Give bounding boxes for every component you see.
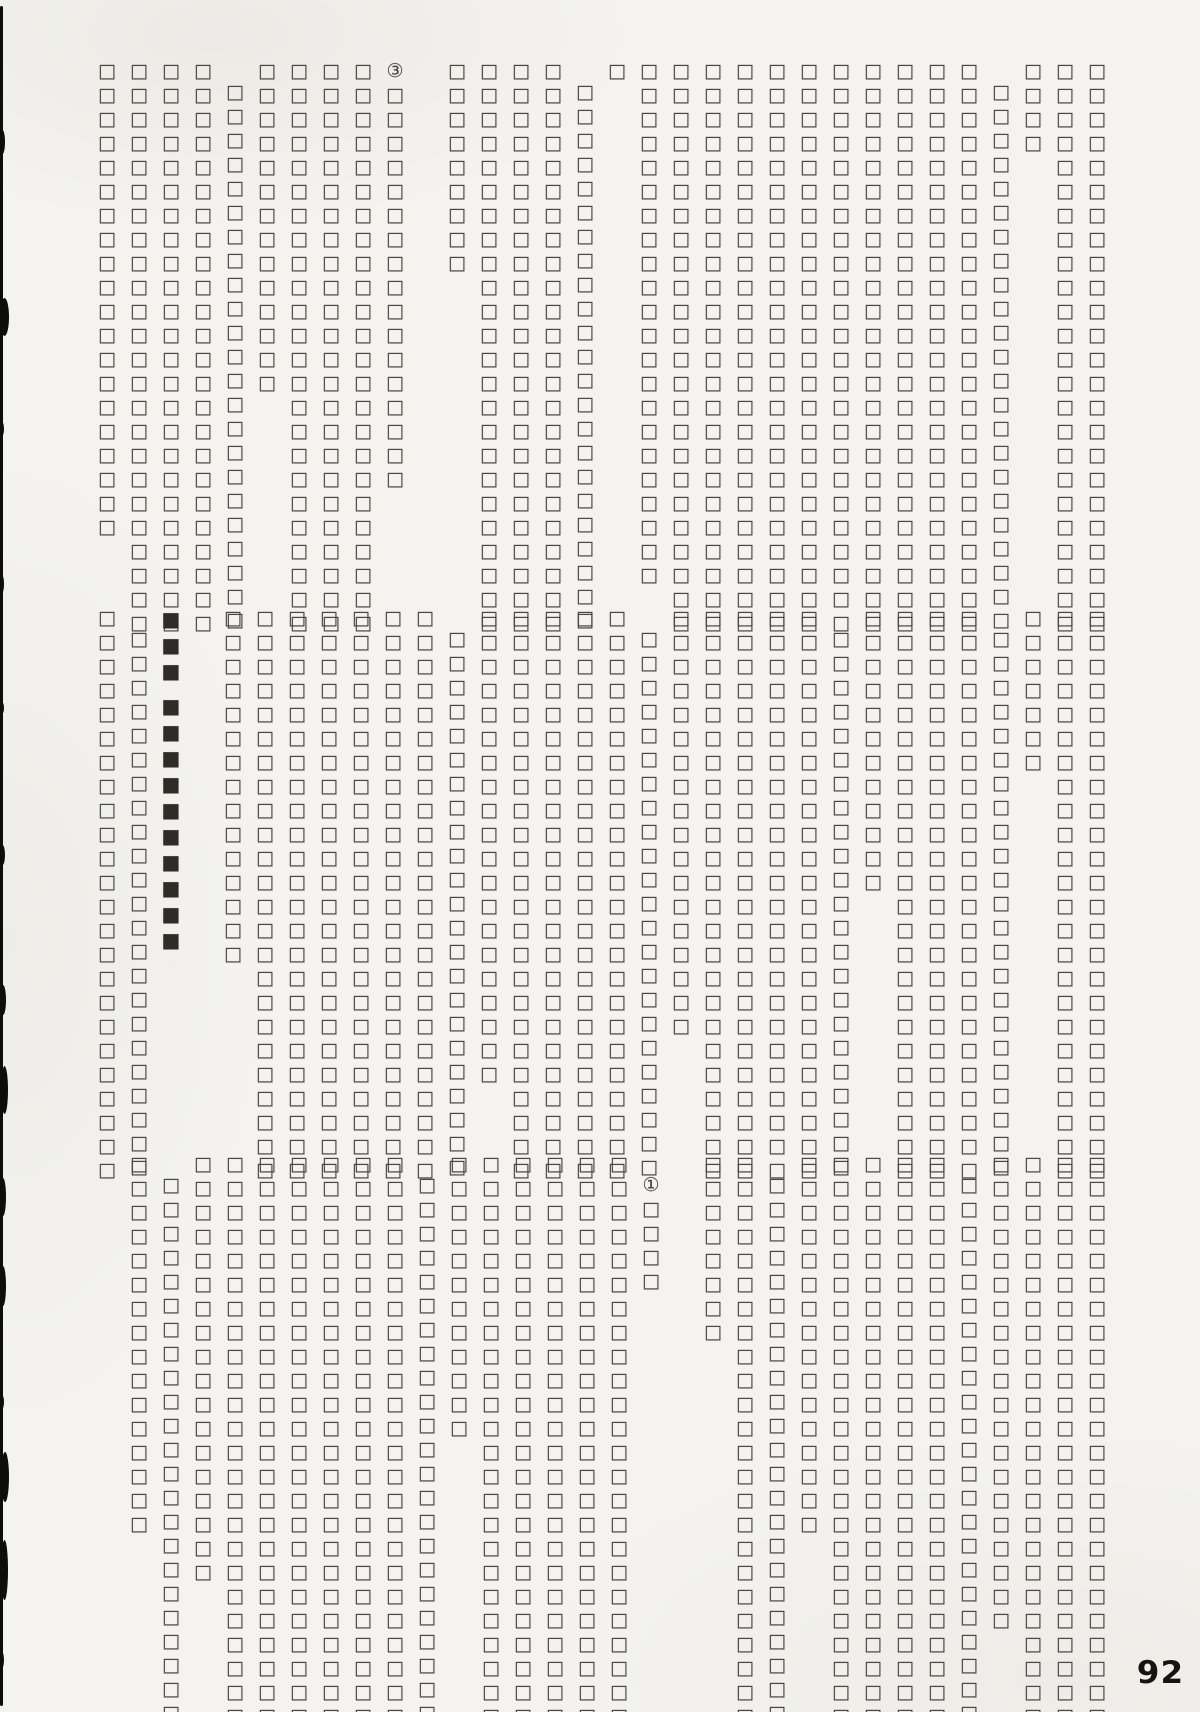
text-column: □□□□□□□□□□□□□□□□□□□□□□□□ — [729, 607, 761, 1119]
text-column: □□□□□□□□□□□□□□□□□□□□□□□□ — [507, 1153, 539, 1659]
text-column: □□□□□□□□□□□□□□□□□□□□□□□□ — [409, 607, 441, 1119]
text-column: □□□□□□□□□□□□□□□□□□□□□□□ — [155, 1153, 187, 1659]
text-column: □□□□□□□□□□□□□□□□□□□□□□□□ — [729, 1153, 761, 1659]
text-column: □□□□□□□□□□□□□□□□□□□□□□□□ — [825, 1153, 857, 1659]
text-column: □□□□□□□□□□□□□□□□□□□□□□□ — [441, 607, 473, 1119]
text-block-top: □□□□□□□□□□□□□□□□□□□□□□□□□□□□□□□□□□□□□□□□… — [91, 60, 1113, 574]
text-column: □□□□□□□□□□□□□□□□□□□□□□□□ — [377, 607, 409, 1119]
text-column: □□□□□□□□□□□□□□□□□□□□□□□□ — [283, 1153, 315, 1659]
scan-smudge — [0, 702, 4, 714]
text-column: □□□□□□□□□□□□□□□□□□□□□□□ — [953, 1153, 985, 1659]
text-column: □□□□□□□□□□□□□□□□ — [123, 1153, 155, 1659]
text-column: □□□□□□□□□□□□□□□□□□□□□□□□ — [889, 1153, 921, 1659]
scan-smudge — [0, 845, 5, 865]
text-column: □□□□□□□□□□□□□□□□□□□□□□□□ — [761, 607, 793, 1119]
text-column: □□□□□□□□□□□□□□□□□□□□□□□□ — [825, 60, 857, 574]
scan-smudge — [0, 1266, 6, 1306]
text-column: □□□□□□□□□□□□□□□□□□□□□□□ — [825, 607, 857, 1119]
text-column: □□□□□□□□□□□□□□□□□□□□□□□□ — [1081, 1153, 1113, 1659]
text-column: ③□□□□□□□□□□□□□□□□□ — [379, 60, 411, 574]
text-column: □□□□□□□□□□□□□□□□□□□□□□□ — [761, 1153, 793, 1659]
text-column: □□□□□□□□□□□□□□□□□□□□□□□ — [569, 60, 601, 574]
text-column: □□□□□□□□□□□□□□□□□□□□□□□□ — [1049, 607, 1081, 1119]
text-column: □□□□□□□□□□□□□□□□□□□□□□□□ — [697, 60, 729, 574]
text-block-middle: □□□□□□□□□□□□□□□□□□□□□□□□□□□□□□□□□□□□□□□□… — [91, 607, 1113, 1119]
text-column: □□□□□□□□□□□□□□□□□□□□□□□ — [411, 1153, 443, 1659]
text-column: □□□□□□□□□□□□□□□□□□□□□□□ — [633, 607, 665, 1119]
scanned-document-page: □□□□□□□□□□□□□□□□□□□□□□□□□□□□□□□□□□□□□□□□… — [0, 0, 1200, 1712]
text-column: □□□□□□□□□□□□□□□□□□□□□□□□ — [345, 607, 377, 1119]
text-column: □□□□□□□□□□□□□□□□□□□□□□□□ — [1017, 1153, 1049, 1659]
text-column: □□□□□□□□□□□□□□□□□□□□□□□□ — [761, 60, 793, 574]
text-column: □□□□□□□□□□□□□□□□□□□□□□□□ — [571, 1153, 603, 1659]
text-column: □□□□□□□□□□□□□□□□□□□□□□□□ — [601, 607, 633, 1119]
text-column: □□□□□□□□□□□□□□□□□□□□□□□□ — [347, 60, 379, 574]
text-column: □□□□□□□□□□□□□□□□□□□□□□□□ — [249, 607, 281, 1119]
scan-smudge — [0, 1178, 6, 1216]
text-column: □□□□□□□□□□□□□□□□□□□□□□□□ — [315, 1153, 347, 1659]
scan-smudge — [0, 985, 6, 1015]
text-column: □□□□□□□□□□□□□□□□□□□□□□□□ — [857, 60, 889, 574]
text-column: □□□□□□□□□□□□□□□□□□□□□□□□ — [313, 607, 345, 1119]
text-column: □□□□□□□□□□□□□□□□□□□□□□□□ — [219, 1153, 251, 1659]
scan-smudge — [0, 1395, 4, 1409]
scan-smudge — [1, 1066, 8, 1114]
text-column: □□□□□□□ — [1017, 607, 1049, 1119]
text-column: □□□□□□□□□□□□□□□□□□□□□□□□ — [921, 1153, 953, 1659]
text-column: □□□□□□□□□□□□□□□□□□□□□□□□ — [537, 60, 569, 574]
text-column: □□□□□□□□□□□□□□□□□□□□□□□□ — [665, 60, 697, 574]
scan-smudge — [0, 130, 5, 154]
text-column: □□□□□□□□□□□□□□□□□□□□□□□□ — [921, 607, 953, 1119]
scan-smudge — [0, 1652, 4, 1668]
text-column: □□□□□□□□□□□□□□□□□□□□□□□□ — [281, 607, 313, 1119]
text-column: □□□□□□□□□□□□□□□□□□□□□□□□ — [729, 60, 761, 574]
text-column: □□□□□□□□□□□□□□□□□□□□□□□□ — [475, 1153, 507, 1659]
text-column: □□□□□□□□□ — [441, 60, 473, 574]
text-column: □□□□□□□□□□□□□□□□□□□□□□□□ — [953, 60, 985, 574]
text-column: □□□□□□□□□□□□□□□□□□□□□□□□ — [347, 1153, 379, 1659]
scan-smudge — [1, 1452, 9, 1502]
text-column: □□□□□□□□□□□□□□□□□□□□□□□□ — [187, 60, 219, 574]
text-column: □□□□ — [1017, 60, 1049, 574]
scan-smudge — [0, 422, 4, 436]
text-column: □□□□□□□□□□□□□□□□□□□□□□□□ — [953, 607, 985, 1119]
text-column: □□□□□□□□□□□□□□□□□□□□□□□□ — [1049, 1153, 1081, 1659]
text-column: □□□□□□□□□□□□□□□□□□□□□□□□ — [1049, 60, 1081, 574]
text-column: □□□□□□□□□□□□□□□□□□□□□□□□ — [539, 1153, 571, 1659]
text-column: ①□□□□ — [635, 1153, 667, 1659]
text-column: □□□□□□□□□□□□□□□□□□□□□□□□ — [857, 1153, 889, 1659]
text-column: □□□□□□□□□□□□□□□□□□□□□□□□ — [473, 60, 505, 574]
text-column: □□□□□□□□□□□□□□□□□□□□□□□□ — [603, 1153, 635, 1659]
scan-gutter — [0, 0, 16, 1712]
text-column: □□□□□□□□□□□□□□□□ — [793, 1153, 825, 1659]
text-column: □□□□□□□□□□□□□□□□□□□□□□□□ — [569, 607, 601, 1119]
text-column: □□□□□□□□□□□□□□□□□□□□□□□ — [219, 60, 251, 574]
text-column: □□□□□□□□□□□□□□□□□□□□□□□ — [123, 607, 155, 1119]
text-column: □□□□□□□□□□□□□□□□□□□□□□□□ — [91, 607, 123, 1119]
text-column: □□□□□□□□□□□□□□□□□□□□□□□ — [985, 60, 1017, 574]
text-column: □□□□□□□□□□□□□□□□□□□□□□□□ — [889, 607, 921, 1119]
text-column: □□□□□□□□□□□□□□□□□□□□□□□□ — [155, 60, 187, 574]
text-column: □□□□□□□□□□□□□□□□□□□□□□□□ — [537, 607, 569, 1119]
text-column: □□□□□□□□□□□□□□□□□□ — [187, 1153, 219, 1659]
text-column: □□□□□□□□□□□□□□□□□□□□□□□□ — [505, 60, 537, 574]
text-column: □□□□□□□□□□□□□□□□□□□□ — [91, 60, 123, 574]
text-column: □□□□□□□□ — [697, 1153, 729, 1659]
text-column: □□□□□□□□□□□□□□□□□□□□□□□□ — [793, 60, 825, 574]
text-column: □□□□□□□□□□□□□□□□□□□□□□□□ — [921, 60, 953, 574]
text-column: □□□□□□□□□□□□□□□□□□□□ — [985, 1153, 1017, 1659]
scan-smudge — [0, 575, 4, 593]
text-column: □□□□□□□□□□□□□□□□□□□□□□□ — [985, 607, 1017, 1119]
text-column: □□□□□□□□□□□□□□□□□□□□□□□□ — [505, 607, 537, 1119]
text-column: □□□□□□□□□□□□□□□□□□□□□□□□ — [251, 1153, 283, 1659]
text-column: □□□□□□□□□□□□□□□□□□ — [665, 607, 697, 1119]
text-column: □□□□□□□□□□□□□□□□□□□□□□ — [633, 60, 665, 574]
text-column: □□□□□□□□□□□□□□ — [251, 60, 283, 574]
text-column: □□□□□□□□□□□□□□□ — [217, 607, 249, 1119]
text-column: □□□□□□□□□□□□□□□□□□□□□□□□ — [697, 607, 729, 1119]
text-column: □□□□□□□□□□□□□□□□□□□□ — [473, 607, 505, 1119]
text-column: □□□□□□□□□□□□□□□□□□□□□□□□ — [379, 1153, 411, 1659]
text-column: □ — [601, 60, 633, 574]
scan-smudge — [1, 1540, 8, 1600]
page-number: 92 — [1137, 1655, 1184, 1691]
text-block-bottom: □□□□□□□□□□□□□□□□□□□□□□□□□□□□□□□□□□□□□□□□… — [123, 1153, 1113, 1659]
text-column: ■■■ ■■■■■■■■■■ — [155, 607, 187, 1119]
text-column: □□□□□□□□□□□□□□□□□□□□□□□□ — [315, 60, 347, 574]
text-column: □□□□□□□□□□□□□□□□□□□□□□□□ — [123, 60, 155, 574]
text-column: □□□□□□□□□□□□□□□□□□□□□□□□ — [793, 607, 825, 1119]
scan-smudge — [0, 298, 9, 336]
text-column: □□□□□□□□□□□□□□□□□□□□□□□□ — [1081, 60, 1113, 574]
text-column: □□□□□□□□□□□□ — [443, 1153, 475, 1659]
text-column: □□□□□□□□□□□□ — [857, 607, 889, 1119]
text-column: □□□□□□□□□□□□□□□□□□□□□□□□ — [889, 60, 921, 574]
text-column: □□□□□□□□□□□□□□□□□□□□□□□□ — [1081, 607, 1113, 1119]
text-column: □□□□□□□□□□□□□□□□□□□□□□□□ — [283, 60, 315, 574]
